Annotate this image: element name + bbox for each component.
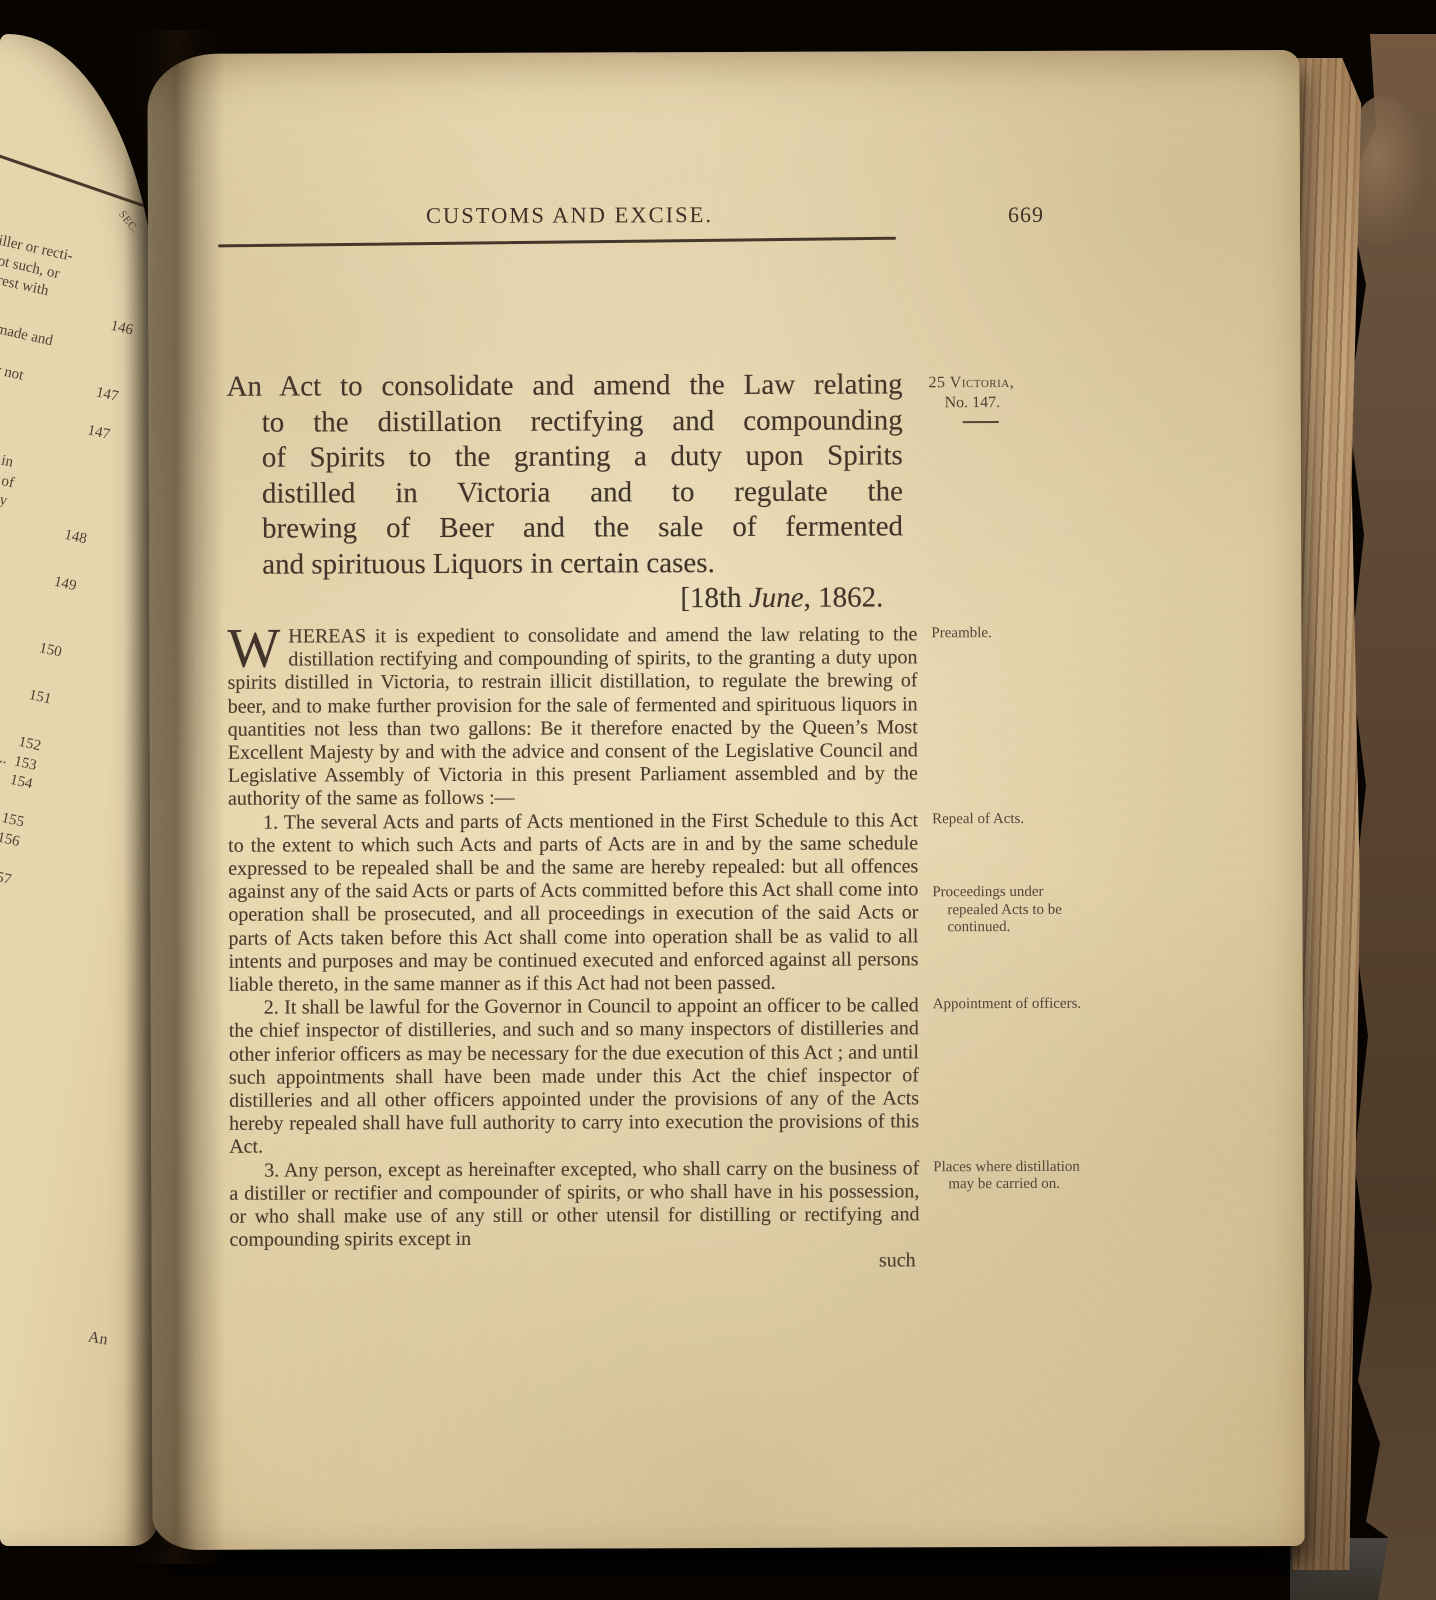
act-title-line: brewing of Beer and the sale of fermente…	[227, 509, 903, 547]
index-entry-page	[97, 453, 105, 473]
drop-cap: W	[227, 626, 288, 672]
paragraph-s1: 1. The several Acts and parts of Acts me…	[228, 809, 919, 997]
margin-note: Places where distillation may be carried…	[933, 1158, 1085, 1194]
index-entry-page	[108, 406, 116, 426]
index-entry-page	[85, 511, 93, 531]
paragraphs: WHEREAS it is expedient to consolidate a…	[227, 623, 1095, 1276]
act-title: An Act to consolidate and amend the Law …	[226, 367, 903, 618]
act-title-line: and spirituous Liquors in certain cases.	[227, 545, 903, 583]
index-entry-page	[0, 909, 4, 929]
trailing-word: such	[230, 1250, 920, 1276]
assent-date-part: [18th	[680, 582, 749, 614]
index-entry-page	[74, 558, 82, 578]
margin-note: Appointment of officers.	[933, 996, 1085, 1014]
catchword: An	[87, 1328, 109, 1349]
margin-notes: Places where distillation may be carried…	[933, 1156, 1085, 1196]
page-number: 669	[1008, 202, 1044, 228]
assent-date-part: June	[749, 582, 804, 614]
left-page: SEC. st distiller or recti-he is not suc…	[0, 34, 158, 1546]
act-reference-line: 25 Victoria,	[929, 373, 1059, 393]
paragraph-row: 3. Any person, except as hereinafter exc…	[229, 1156, 1095, 1275]
margin-note: Repeal of Acts.	[932, 810, 1084, 828]
index-entry-page	[135, 283, 143, 303]
act-title-line: An Act to consolidate and amend the Law …	[226, 367, 902, 405]
margin-note: Proceedings under repealed Acts to be co…	[932, 884, 1084, 937]
margin-notes: Preamble.	[931, 623, 1083, 645]
index-entry-page	[139, 263, 147, 283]
index-entry-page	[60, 624, 68, 644]
running-header: CUSTOMS AND EXCISE.	[426, 202, 713, 229]
index-entry-page	[89, 491, 97, 511]
index-entry-page	[64, 605, 72, 625]
margin-notes: Appointment of officers.	[933, 994, 1085, 1016]
margin-note: Preamble.	[931, 625, 1083, 643]
index-entry-page	[131, 302, 139, 322]
paragraph-s3: 3. Any person, except as hereinafter exc…	[229, 1157, 919, 1275]
index-entry-page	[49, 671, 57, 691]
book-photo: SEC. st distiller or recti-he is not suc…	[0, 0, 1436, 1600]
section-column-label: SEC.	[116, 208, 141, 235]
left-page-entries: st distiller or recti-he is not such, or…	[0, 224, 148, 1197]
paragraph-preamble: WHEREAS it is expedient to consolidate a…	[227, 623, 918, 811]
index-entry-page	[1, 890, 9, 910]
index-entry-page	[9, 852, 17, 872]
act-title-line: to the distillation rectifying and compo…	[227, 403, 903, 441]
assent-date: [18th June, 1862.	[227, 580, 903, 618]
index-entry-page	[39, 718, 47, 738]
paragraph-row: 2. It shall be lawful for the Governor i…	[229, 994, 1096, 1159]
margin-notes: Repeal of Acts.Proceedings under repeale…	[932, 808, 1084, 939]
index-entry-page	[116, 368, 124, 388]
act-title-line: of Spirits to the granting a duty upon S…	[227, 438, 903, 476]
paragraph-row: 1. The several Acts and parts of Acts me…	[228, 808, 1095, 997]
index-entry-page	[93, 472, 101, 492]
assent-date-part: , 1862.	[803, 581, 883, 613]
left-page-header-rule	[0, 147, 158, 225]
paragraph-s2: 2. It shall be lawful for the Governor i…	[229, 995, 920, 1160]
book-page: CUSTOMS AND EXCISE. 669 25 Victoria, No.…	[147, 50, 1304, 1550]
act-reference-line: No. 147.	[929, 393, 1059, 413]
act-reference-rule	[963, 421, 999, 423]
act-title-line: distilled in Victoria and to regulate th…	[227, 474, 903, 512]
index-entry-page	[121, 349, 129, 369]
paragraph-row: WHEREAS it is expedient to consolidate a…	[227, 623, 1094, 812]
header-rule	[218, 237, 896, 248]
act-reference: 25 Victoria, No. 147.	[929, 373, 1059, 423]
index-entry-page	[22, 794, 30, 814]
